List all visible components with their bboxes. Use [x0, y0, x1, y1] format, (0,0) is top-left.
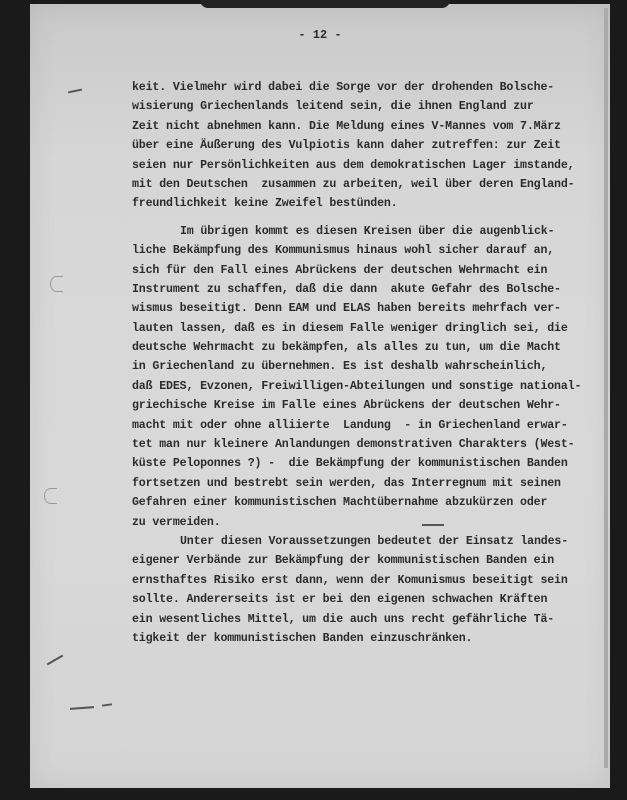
text-line: sollte. Andererseits ist er bei den eige… [132, 590, 602, 609]
punch-hole-mark [44, 488, 57, 504]
document-page: - 12 - keit. Vielmehr wird dabei die Sor… [30, 4, 610, 788]
page-edge [604, 8, 608, 768]
document-body: keit. Vielmehr wird dabei die Sorge vor … [132, 78, 602, 648]
text-line: tet man nur kleinere Anlandungen demonst… [132, 435, 602, 454]
text-line: Gefahren einer kommunistischen Machtüber… [132, 493, 602, 512]
paragraph-2: Im übrigen kommt es diesen Kreisen über … [132, 222, 602, 532]
margin-pen-mark [102, 703, 112, 706]
text-line: macht mit oder ohne alliierte Landung - … [132, 416, 602, 435]
text-line: eigener Verbände zur Bekämpfung der komm… [132, 551, 602, 570]
text-line: lauten lassen, daß es in diesem Falle we… [132, 319, 602, 338]
text-line: wisierung Griechenlands leitend sein, di… [132, 97, 602, 116]
text-line: Zeit nicht abnehmen kann. Die Meldung ei… [132, 117, 602, 136]
text-line: fortsetzen und bestrebt sein werden, das… [132, 474, 602, 493]
text-line: keit. Vielmehr wird dabei die Sorge vor … [132, 78, 602, 97]
paragraph-3: Unter diesen Voraussetzungen bedeutet de… [132, 532, 602, 648]
margin-pen-mark [68, 89, 82, 94]
text-line: ein wesentliches Mittel, um die auch uns… [132, 610, 602, 629]
text-line: ernsthaftes Risiko erst dann, wenn der K… [132, 571, 602, 590]
paragraph-1: keit. Vielmehr wird dabei die Sorge vor … [132, 78, 602, 214]
text-line: tigkeit der kommunistischen Banden einzu… [132, 629, 602, 648]
text-line: wismus beseitigt. Denn EAM und ELAS habe… [132, 299, 602, 318]
text-line: küste Peloponnes ?) - die Bekämpfung der… [132, 454, 602, 473]
text-line: liche Bekämpfung des Kommunismus hinaus … [132, 241, 602, 260]
text-line: deutsche Wehrmacht zu bekämpfen, als all… [132, 338, 602, 357]
punch-hole-mark [50, 276, 63, 292]
text-line: über eine Äußerung des Vulpiotis kann da… [132, 136, 602, 155]
scan-shadow [200, 0, 450, 8]
text-line: daß EDES, Evzonen, Freiwilligen-Abteilun… [132, 377, 602, 396]
text-line: in Griechenland zu übernehmen. Es ist de… [132, 357, 602, 376]
margin-pen-mark [47, 655, 64, 666]
text-line: mit den Deutschen zusammen zu arbeiten, … [132, 175, 602, 194]
page-number: - 12 - [30, 28, 610, 42]
text-line: freundlichkeit keine Zweifel bestünden. [132, 194, 602, 213]
section-separator-dash [132, 513, 602, 532]
text-line: Im übrigen kommt es diesen Kreisen über … [132, 222, 602, 241]
text-line: Unter diesen Voraussetzungen bedeutet de… [132, 532, 602, 551]
text-line: griechische Kreise im Falle eines Abrück… [132, 396, 602, 415]
text-line: sich für den Fall eines Abrückens der de… [132, 261, 602, 280]
text-line: Instrument zu schaffen, daß die dann aku… [132, 280, 602, 299]
margin-pen-mark [70, 706, 94, 710]
scan-frame: - 12 - keit. Vielmehr wird dabei die Sor… [0, 0, 627, 800]
text-line: seien nur Persönlichkeiten aus dem demok… [132, 156, 602, 175]
